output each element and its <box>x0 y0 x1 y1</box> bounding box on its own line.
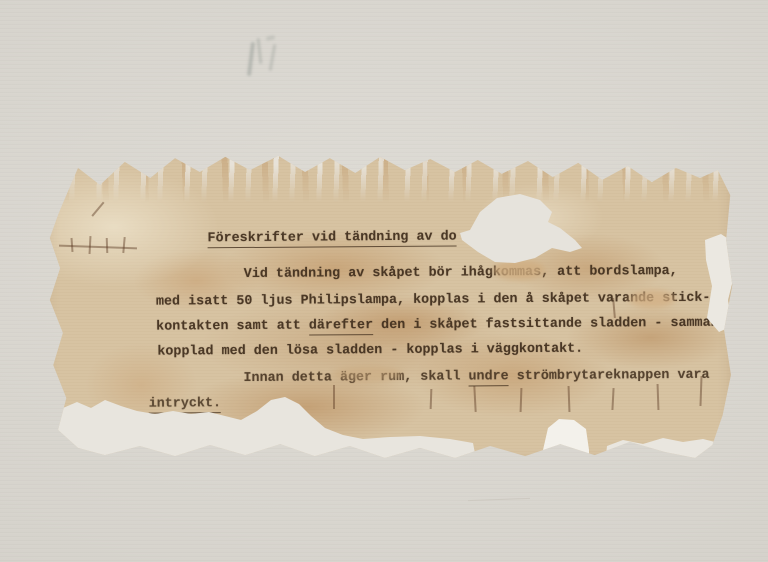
paper-frayed-top-edge <box>45 148 733 202</box>
note-line-6: intryckt. <box>149 396 221 412</box>
wall-pencil-smudge <box>257 38 263 64</box>
note-line-3: kontakten samt att därefter den i skåpet… <box>156 316 727 335</box>
wall-pencil-smudge <box>247 42 255 76</box>
painted-wall-background: Föreskrifter vid tändning av do Vid tänd… <box>0 0 768 562</box>
note-line-3-post: den i skåpet fastsittande sladden - samm… <box>373 316 727 333</box>
stain-smear <box>333 366 403 382</box>
note-title: Föreskrifter vid tändning av do <box>207 230 456 247</box>
note-line-1: Vid tändning av skåpet bör ihågkommas, a… <box>244 264 678 282</box>
note-line-3-underlined-word: därefter <box>309 318 373 335</box>
wall-scratch-mark <box>468 498 530 501</box>
note-title-underlined: Föreskrifter vid tändning av do <box>207 230 456 249</box>
note-line-5: Innan detta äger rum, skall undre strömb… <box>243 368 709 386</box>
note-line-2: med isatt 50 ljus Philipslampa, kopplas … <box>156 291 711 310</box>
stain-smear <box>629 290 675 308</box>
typewritten-note-paper: Föreskrifter vid tändning av do Vid tänd… <box>45 148 733 464</box>
note-line-3-pre: kontakten samt att <box>156 319 309 335</box>
wall-pencil-smudge <box>266 35 276 41</box>
wall-pencil-smudge <box>269 44 277 71</box>
note-line-5-post: strömbrytareknappen vara <box>509 368 710 384</box>
note-line-6-underlined-word: intryckt. <box>149 396 221 414</box>
stain-smear <box>493 260 545 280</box>
note-line-4: kopplad med den lösa sladden - kopplas i… <box>157 342 583 360</box>
note-line-5-underlined-word: undre <box>468 369 508 386</box>
